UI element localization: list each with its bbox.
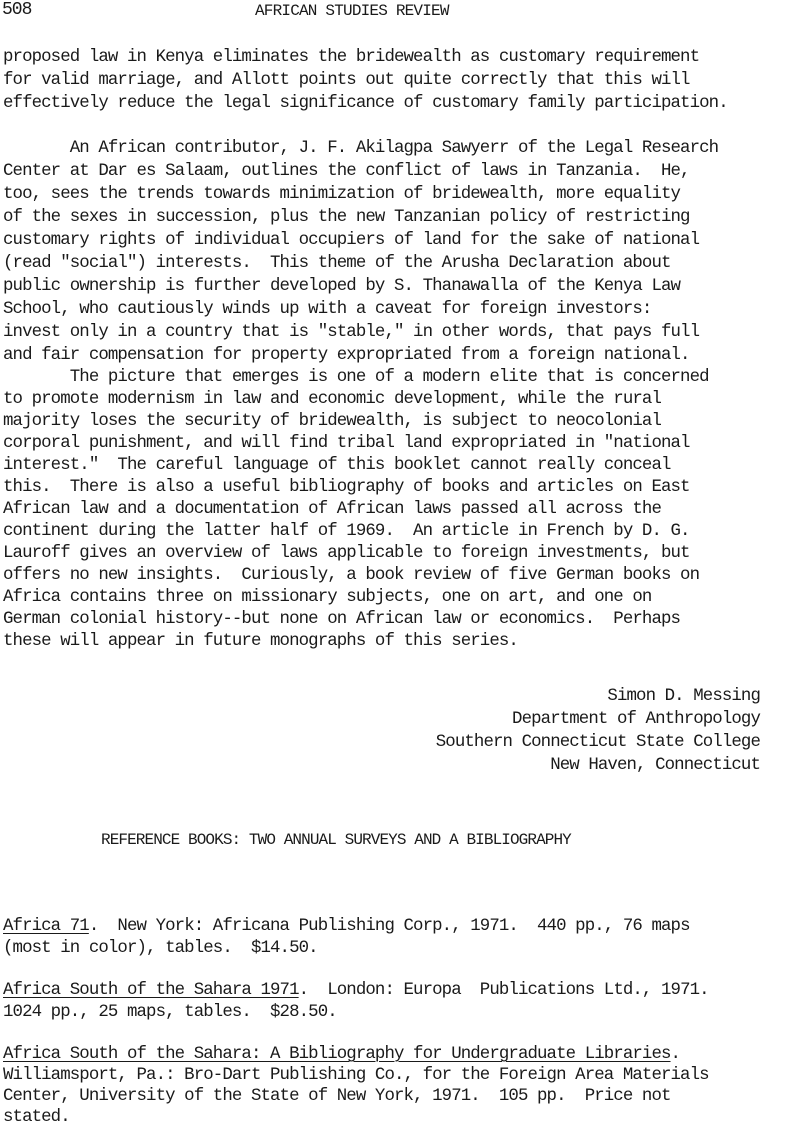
text-line: public ownership is further developed by… <box>3 275 680 298</box>
reviewer-institution: Southern Connecticut State College <box>436 731 760 754</box>
document-page: 508 AFRICAN STUDIES REVIEW proposed law … <box>0 0 800 1126</box>
reference-line: Center, University of the State of New Y… <box>3 1085 671 1108</box>
reference-details: . <box>671 1045 681 1064</box>
text-line: Center at Dar es Salaam, outlines the co… <box>3 160 690 183</box>
text-line: and fair compensation for property expro… <box>3 344 690 367</box>
section-heading: REFERENCE BOOKS: TWO ANNUAL SURVEYS AND … <box>101 831 571 849</box>
text-line: to promote modernism in law and economic… <box>3 388 661 411</box>
reference-line: Williamsport, Pa.: Bro-Dart Publishing C… <box>3 1064 709 1087</box>
reviewer-name: Simon D. Messing <box>607 685 760 708</box>
reference-line: Africa South of the Sahara: A Bibliograp… <box>3 1043 680 1066</box>
text-line: invest only in a country that is "stable… <box>3 321 699 344</box>
reference-title: Africa South of the Sahara 1971 <box>3 981 299 1000</box>
text-line: effectively reduce the legal significanc… <box>3 92 728 115</box>
text-line: continent during the latter half of 1969… <box>3 520 690 543</box>
text-line: Lauroff gives an overview of laws applic… <box>3 542 690 565</box>
text-line: interest." The careful language of this … <box>3 454 671 477</box>
text-line: customary rights of individual occupiers… <box>3 229 699 252</box>
reference-details: . London: Europa Publications Ltd., 1971… <box>299 981 709 1000</box>
text-line: corporal punishment, and will find triba… <box>3 432 690 455</box>
reference-line: Africa South of the Sahara 1971. London:… <box>3 979 709 1002</box>
running-header: AFRICAN STUDIES REVIEW <box>255 2 449 20</box>
text-line: these will appear in future monographs o… <box>3 630 518 653</box>
text-line: proposed law in Kenya eliminates the bri… <box>3 46 699 69</box>
reference-line: (most in color), tables. $14.50. <box>3 937 318 960</box>
text-line: too, sees the trends towards minimizatio… <box>3 183 680 206</box>
reference-line: stated. <box>3 1106 70 1126</box>
text-line: An African contributor, J. F. Akilagpa S… <box>3 137 718 160</box>
reference-title: Africa 71 <box>3 917 89 936</box>
page-number: 508 <box>2 0 31 20</box>
reference-details: . New York: Africana Publishing Corp., 1… <box>89 917 690 936</box>
text-line: The picture that emerges is one of a mod… <box>3 366 709 389</box>
reviewer-department: Department of Anthropology <box>512 708 760 731</box>
text-line: (read "social") interests. This theme of… <box>3 252 671 275</box>
text-line: majority loses the security of brideweal… <box>3 410 661 433</box>
text-line: School, who cautiously winds up with a c… <box>3 298 651 321</box>
text-line: African law and a documentation of Afric… <box>3 498 661 521</box>
text-line: of the sexes in succession, plus the new… <box>3 206 690 229</box>
reference-line: Africa 71. New York: Africana Publishing… <box>3 915 690 938</box>
reference-line: 1024 pp., 25 maps, tables. $28.50. <box>3 1001 337 1024</box>
text-line: offers no new insights. Curiously, a boo… <box>3 564 699 587</box>
text-line: for valid marriage, and Allott points ou… <box>3 69 690 92</box>
reviewer-location: New Haven, Connecticut <box>550 754 760 777</box>
text-line: this. There is also a useful bibliograph… <box>3 476 690 499</box>
reference-title: Africa South of the Sahara: A Bibliograp… <box>3 1045 671 1064</box>
text-line: Africa contains three on missionary subj… <box>3 586 651 609</box>
text-line: German colonial history--but none on Afr… <box>3 608 680 631</box>
